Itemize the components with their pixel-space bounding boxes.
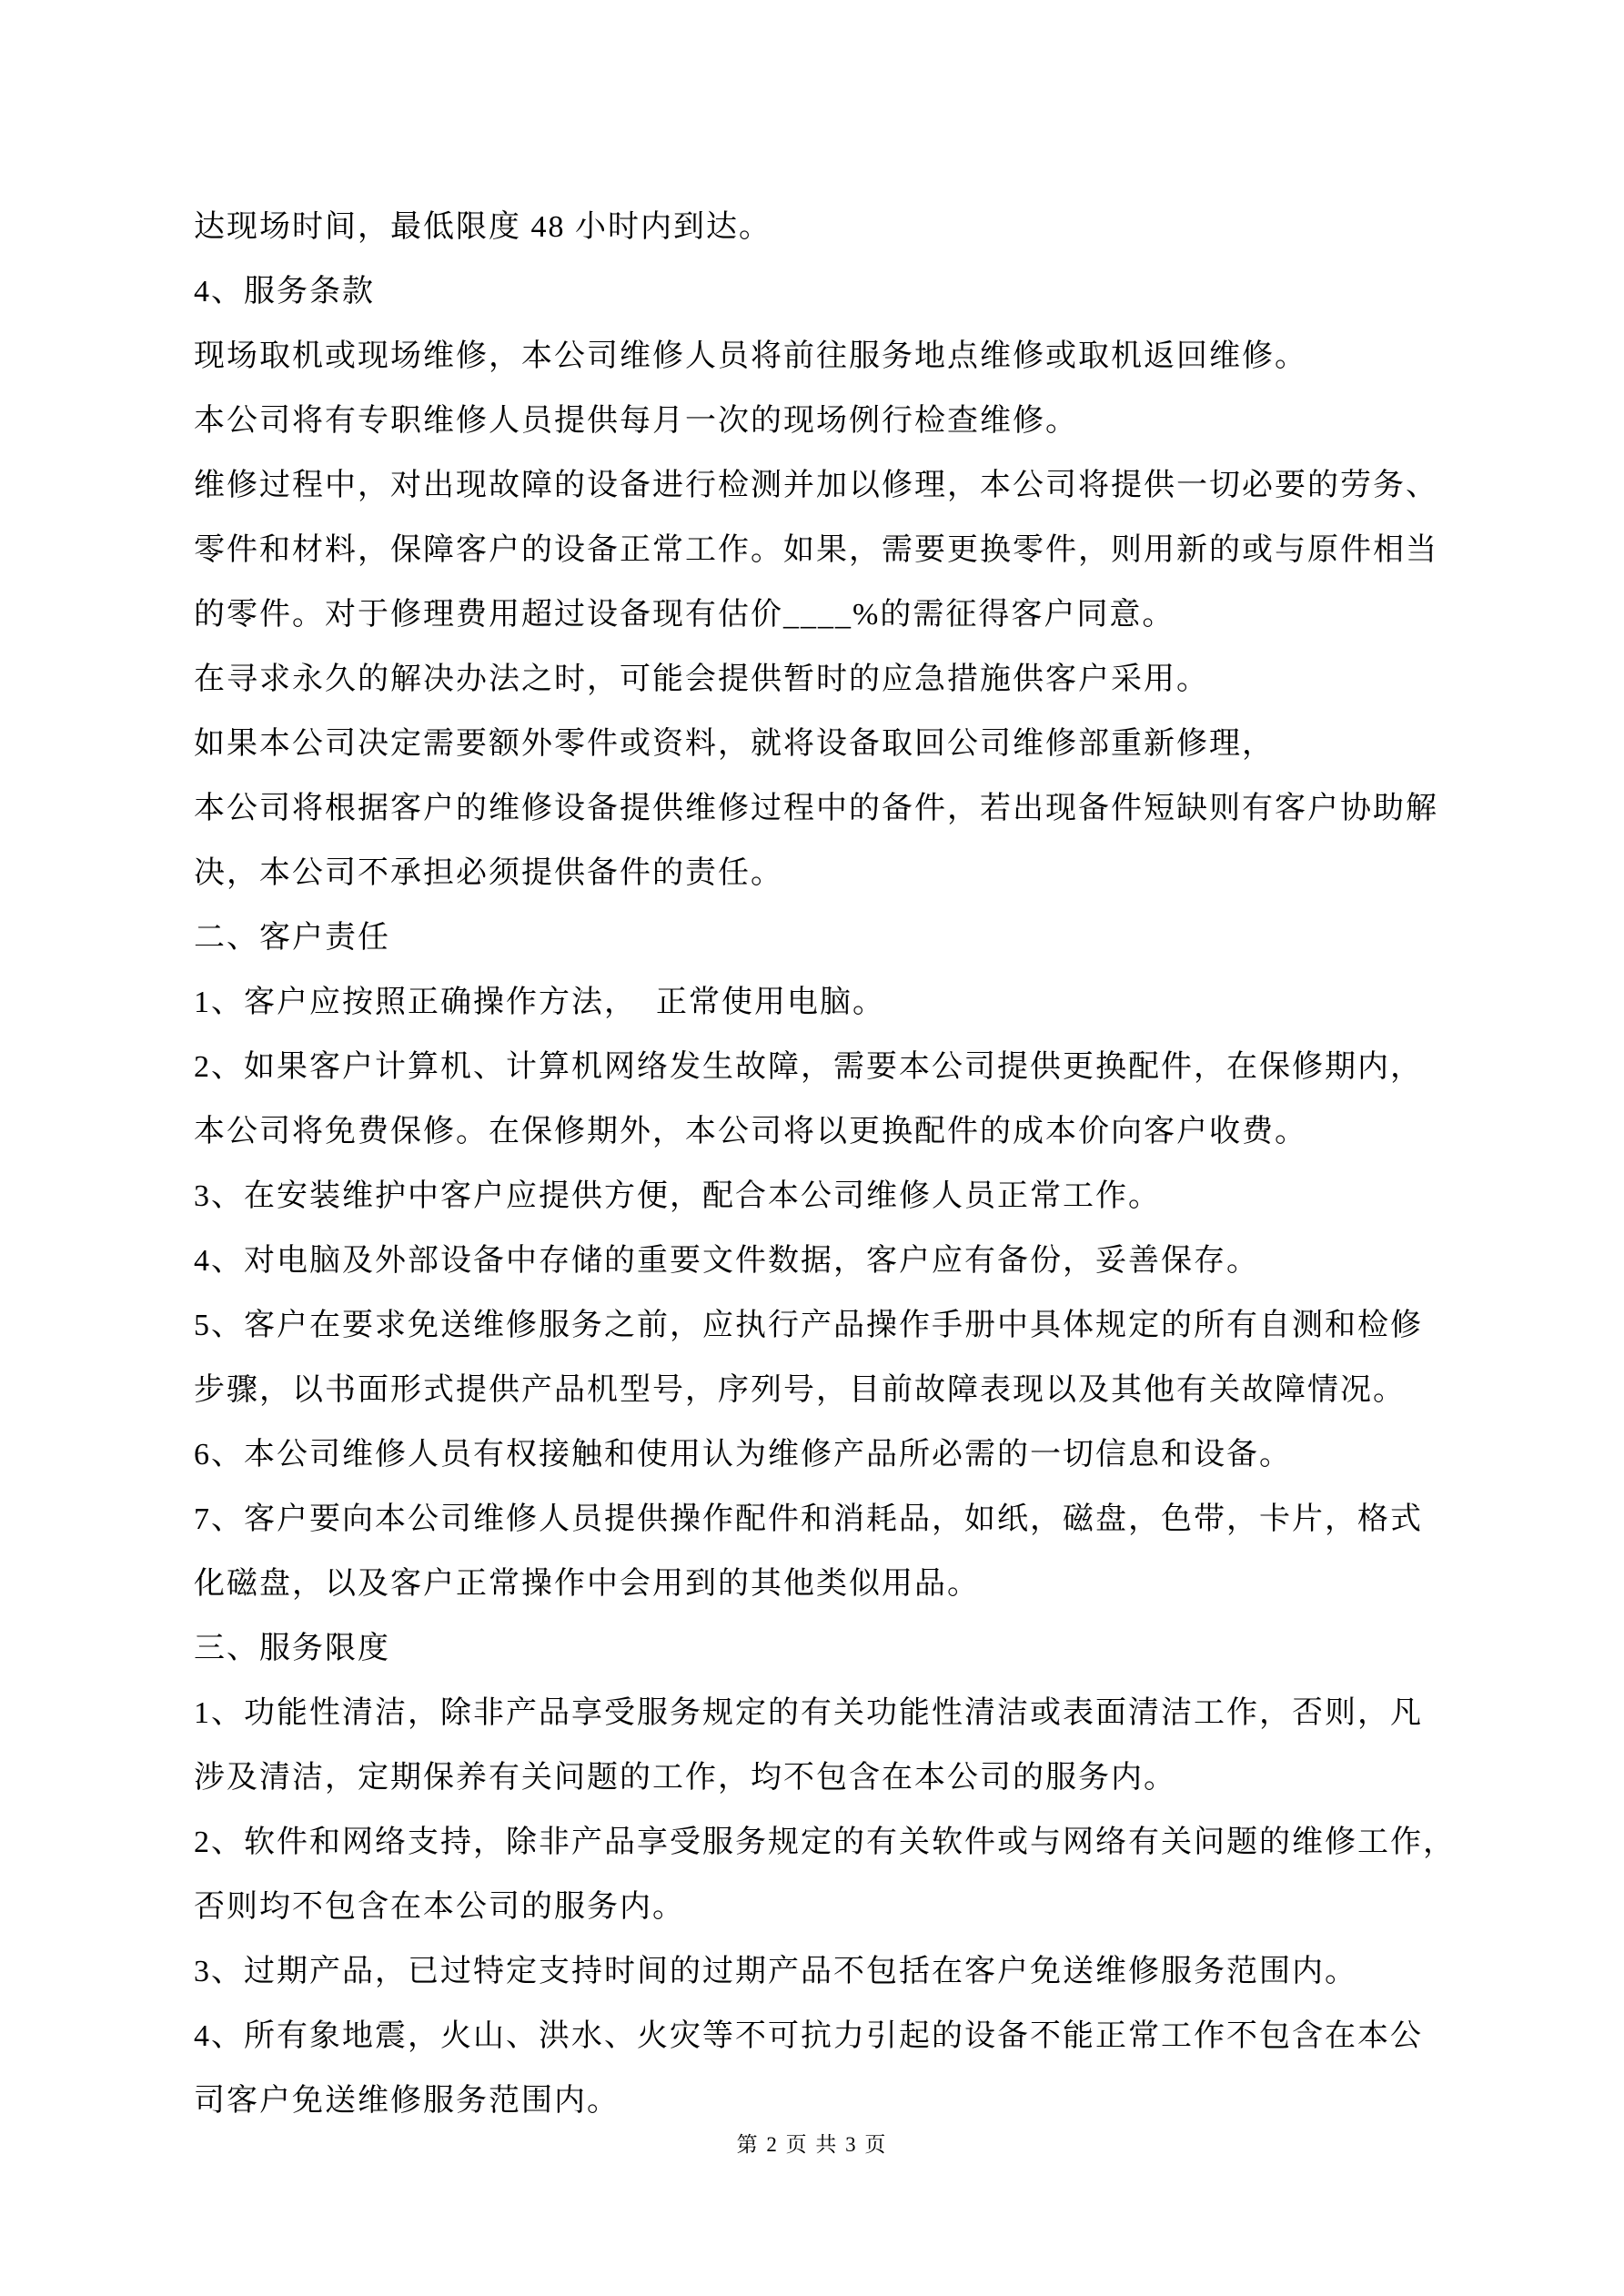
text-line-with-blank: 的零件。对于修理费用超过设备现有估价____%的需征得客户同意。 [194, 582, 1513, 647]
text-line: 达现场时间，最低限度 48 小时内到达。 [194, 195, 1513, 259]
document-body: 达现场时间，最低限度 48 小时内到达。 4、服务条款 现场取机或现场维修，本公… [194, 195, 1513, 2133]
list-item: 2、软件和网络支持，除非产品享受服务规定的有关软件或与网络有关问题的维修工作， [194, 1810, 1513, 1875]
list-item: 1、客户应按照正确操作方法， 正常使用电脑。 [194, 970, 1513, 1035]
text-line: 本公司将根据客户的维修设备提供维修过程中的备件，若出现备件短缺则有客户协助解 [194, 776, 1513, 841]
text-line: 在寻求永久的解决办法之时，可能会提供暂时的应急措施供客户采用。 [194, 647, 1513, 712]
list-item: 7、客户要向本公司维修人员提供操作配件和消耗品，如纸，磁盘，色带，卡片，格式 [194, 1487, 1513, 1552]
section-item-heading: 4、服务条款 [194, 259, 1513, 324]
list-item: 4、所有象地震，火山、洪水、火灾等不可抗力引起的设备不能正常工作不包含在本公 [194, 2004, 1513, 2068]
list-item: 1、功能性清洁，除非产品享受服务规定的有关功能性清洁或表面清洁工作，否则，凡 [194, 1681, 1513, 1745]
list-item: 2、如果客户计算机、计算机网络发生故障，需要本公司提供更换配件，在保修期内， [194, 1035, 1513, 1099]
document-page: 达现场时间，最低限度 48 小时内到达。 4、服务条款 现场取机或现场维修，本公… [0, 0, 1624, 2296]
text-line: 司客户免送维修服务范围内。 [194, 2068, 1513, 2133]
text-line: 现场取机或现场维修，本公司维修人员将前往服务地点维修或取机返回维修。 [194, 324, 1513, 389]
list-item: 3、过期产品，已过特定支持时间的过期产品不包括在客户免送维修服务范围内。 [194, 1939, 1513, 2004]
section-heading: 二、客户责任 [194, 905, 1513, 970]
list-item: 4、对电脑及外部设备中存储的重要文件数据，客户应有备份，妥善保存。 [194, 1229, 1513, 1293]
text-line: 本公司将有专职维修人员提供每月一次的现场例行检查维修。 [194, 389, 1513, 453]
text-line: 涉及清洁，定期保养有关问题的工作，均不包含在本公司的服务内。 [194, 1745, 1513, 1810]
text-line: 步骤，以书面形式提供产品机型号，序列号，目前故障表现以及其他有关故障情况。 [194, 1358, 1513, 1422]
section-heading: 三、服务限度 [194, 1616, 1513, 1681]
list-item: 6、本公司维修人员有权接触和使用认为维修产品所必需的一切信息和设备。 [194, 1422, 1513, 1487]
text-line: 否则均不包含在本公司的服务内。 [194, 1875, 1513, 1939]
text-line: 零件和材料，保障客户的设备正常工作。如果，需要更换零件，则用新的或与原件相当 [194, 518, 1513, 582]
list-item: 3、在安装维护中客户应提供方便，配合本公司维修人员正常工作。 [194, 1164, 1513, 1229]
page-number-footer: 第 2 页 共 3 页 [0, 2129, 1624, 2160]
text-line: 如果本公司决定需要额外零件或资料，就将设备取回公司维修部重新修理， [194, 712, 1513, 776]
list-item: 5、客户在要求免送维修服务之前，应执行产品操作手册中具体规定的所有自测和检修 [194, 1293, 1513, 1358]
text-line: 本公司将免费保修。在保修期外，本公司将以更换配件的成本价向客户收费。 [194, 1099, 1513, 1164]
text-line: 化磁盘，以及客户正常操作中会用到的其他类似用品。 [194, 1552, 1513, 1616]
text-line: 决，本公司不承担必须提供备件的责任。 [194, 841, 1513, 905]
text-line: 维修过程中，对出现故障的设备进行检测并加以修理，本公司将提供一切必要的劳务、 [194, 453, 1513, 518]
